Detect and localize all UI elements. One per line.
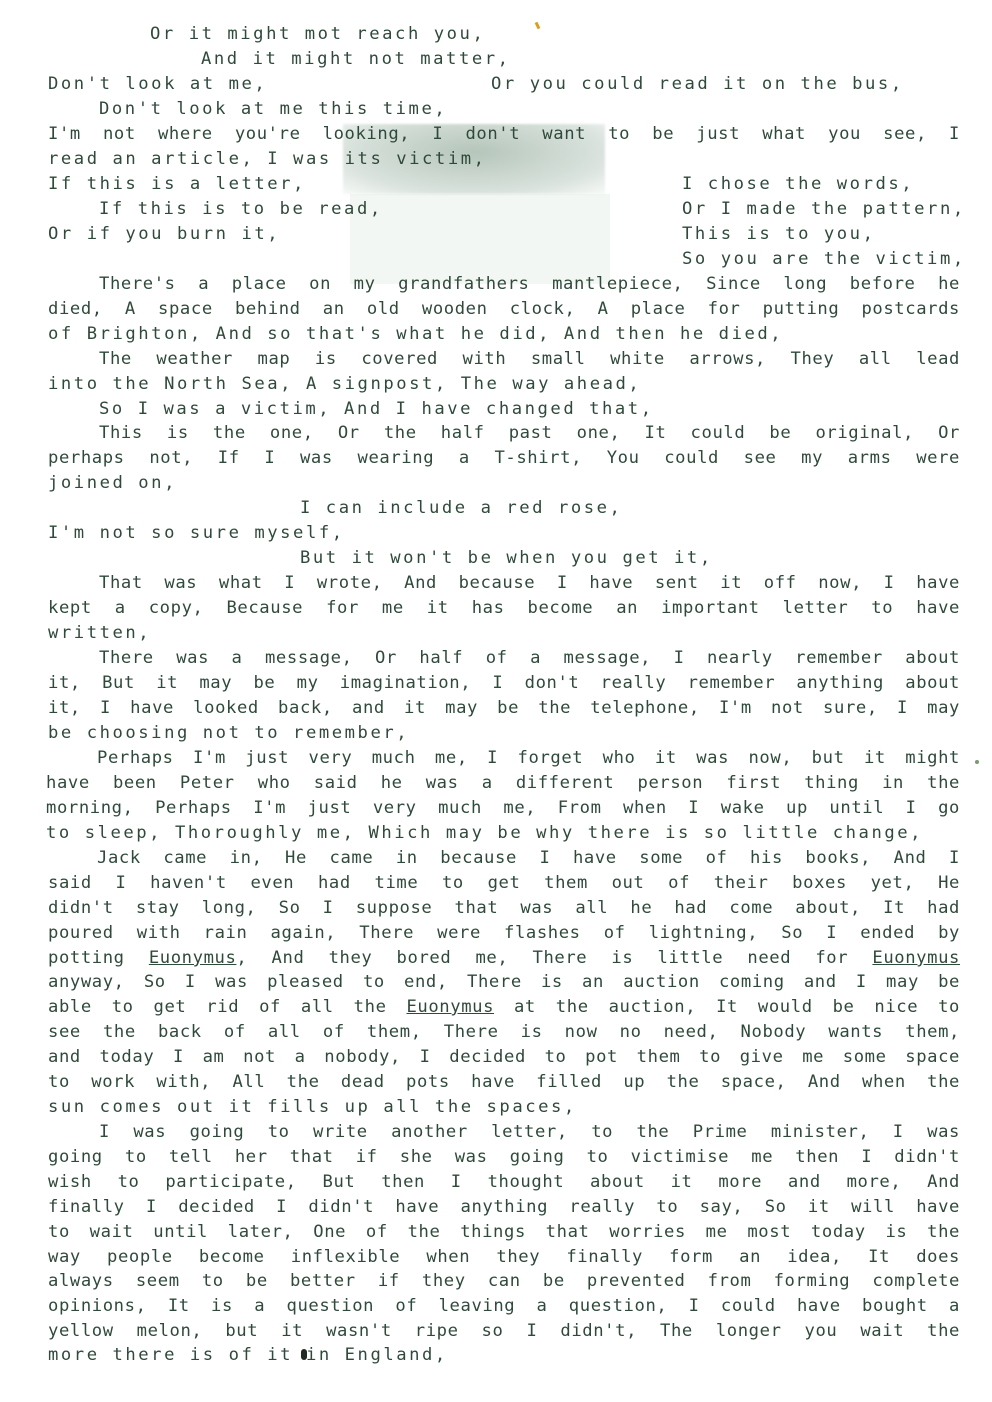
- right-column-line: Or I made the pattern,: [682, 197, 966, 222]
- paragraph-line: morning, Perhaps I'm just very much me, …: [46, 796, 960, 821]
- paragraph-line: able to get rid of all the Euonymus at t…: [48, 995, 960, 1020]
- paragraph-line: opinions, It is a question of leaving a …: [48, 1294, 960, 1319]
- paper-stain: [350, 194, 610, 284]
- paragraph-line: poured with rain again, There were flash…: [48, 921, 960, 946]
- paragraph-line: way people become inflexible when they f…: [48, 1245, 960, 1270]
- paragraph-line: yellow melon, but it wasn't ripe so I di…: [48, 1319, 960, 1344]
- left-column-line: If this is a letter,: [48, 172, 306, 197]
- paragraph-line: said I haven't even had time to get them…: [48, 871, 960, 896]
- paragraph-line: sun comes out it fills up all the spaces…: [48, 1095, 960, 1120]
- verse-line: And it might not matter,: [201, 47, 511, 72]
- right-column-line: So you are the victim,: [682, 247, 966, 272]
- paragraph-line: always seem to be better if they can be …: [48, 1269, 960, 1294]
- paragraph-line: wish to participate, But then I thought …: [48, 1170, 960, 1195]
- paragraph-line: into the North Sea, A signpost, The way …: [48, 372, 960, 397]
- paragraph-line: There's a place on my grandfathers mantl…: [99, 272, 960, 297]
- verse-line: Don't look at me,: [48, 72, 267, 97]
- paragraph-line: kept a copy, Because for me it has becom…: [48, 596, 960, 621]
- verse-line: I'm not so sure myself,: [48, 521, 345, 546]
- paragraph-line: read an article, I was its victim,: [48, 147, 960, 172]
- paragraph-line: be choosing not to remember,: [48, 721, 960, 746]
- paragraph-line: Perhaps I'm just very much me, I forget …: [97, 746, 960, 771]
- paragraph-line: didn't stay long, So I suppose that was …: [48, 896, 960, 921]
- edge-speck: [975, 760, 979, 764]
- paragraph-line: finally I decided I didn't have anything…: [48, 1195, 960, 1220]
- paragraph-line: potting Euonymus, And they bored me, The…: [48, 946, 960, 971]
- right-column-line: This is to you,: [682, 222, 875, 247]
- paragraph-line: to work with, All the dead pots have fil…: [48, 1070, 960, 1095]
- text-span: , And they bored me, There is little nee…: [236, 948, 872, 968]
- paragraph-line: perhaps not, If I was wearing a T-shirt,…: [48, 446, 960, 471]
- paragraph-line: Jack came in, He came in because I have …: [97, 846, 960, 871]
- paragraph-line: This is the one, Or the half past one, I…: [99, 421, 960, 446]
- text-span: potting: [48, 948, 149, 968]
- paragraph-line: There was a message, Or half of a messag…: [99, 646, 960, 671]
- paragraph-line: joined on,: [48, 471, 960, 496]
- paragraph-line: died, A space behind an old wooden clock…: [48, 297, 960, 322]
- verse-line: I can include a red rose,: [300, 496, 622, 521]
- text-span: able to get rid of all the: [48, 997, 406, 1017]
- left-column-line: If this is to be read,: [99, 197, 383, 222]
- paragraph-line: see the back of all of them, There is no…: [48, 1020, 960, 1045]
- underlined-word: Euonymus: [872, 948, 960, 968]
- yellow-speck: [535, 22, 541, 30]
- paragraph-line: have been Peter who said he was a differ…: [46, 771, 960, 796]
- paragraph-line: it, But it may be my imagination, I don'…: [48, 671, 960, 696]
- paragraph-line: to sleep, Thoroughly me, Which may be wh…: [46, 821, 960, 846]
- paragraph-line: and today I am not a nobody, I decided t…: [48, 1045, 960, 1070]
- paragraph-line: of Brighton, And so that's what he did, …: [48, 322, 960, 347]
- underlined-word: Euonymus: [149, 948, 237, 968]
- paragraph-line: I was going to write another letter, to …: [99, 1120, 960, 1145]
- underlined-word: Euonymus: [406, 997, 494, 1017]
- text-span: at the auction, It would be nice to: [494, 997, 960, 1017]
- paragraph-line: I'm not where you're looking, I don't wa…: [48, 122, 960, 147]
- paragraph-line: So I was a victim, And I have changed th…: [99, 397, 654, 422]
- paragraph-line: written,: [48, 621, 960, 646]
- paragraph-line: to wait until later, One of the things t…: [48, 1220, 960, 1245]
- left-column-line: Or if you burn it,: [48, 222, 280, 247]
- verse-line: Or it might mot reach you,: [150, 22, 485, 47]
- paragraph-line: The weather map is covered with small wh…: [99, 347, 960, 372]
- paragraph-line: anyway, So I was pleased to end, There i…: [48, 970, 960, 995]
- paragraph-line: going to tell her that if she was going …: [48, 1145, 960, 1170]
- right-column-line: I chose the words,: [682, 172, 914, 197]
- paragraph-line: more there is of it in England,: [48, 1343, 960, 1368]
- typed-letter-page: Or it might mot reach you, And it might …: [0, 0, 992, 1402]
- verse-line: Don't look at me this time,: [99, 97, 447, 122]
- verse-line: But it won't be when you get it,: [300, 546, 713, 571]
- paragraph-line: That was what I wrote, And because I hav…: [99, 571, 960, 596]
- paragraph-line: it, I have looked back, and it may be th…: [48, 696, 960, 721]
- verse-line: Or you could read it on the bus,: [491, 72, 904, 97]
